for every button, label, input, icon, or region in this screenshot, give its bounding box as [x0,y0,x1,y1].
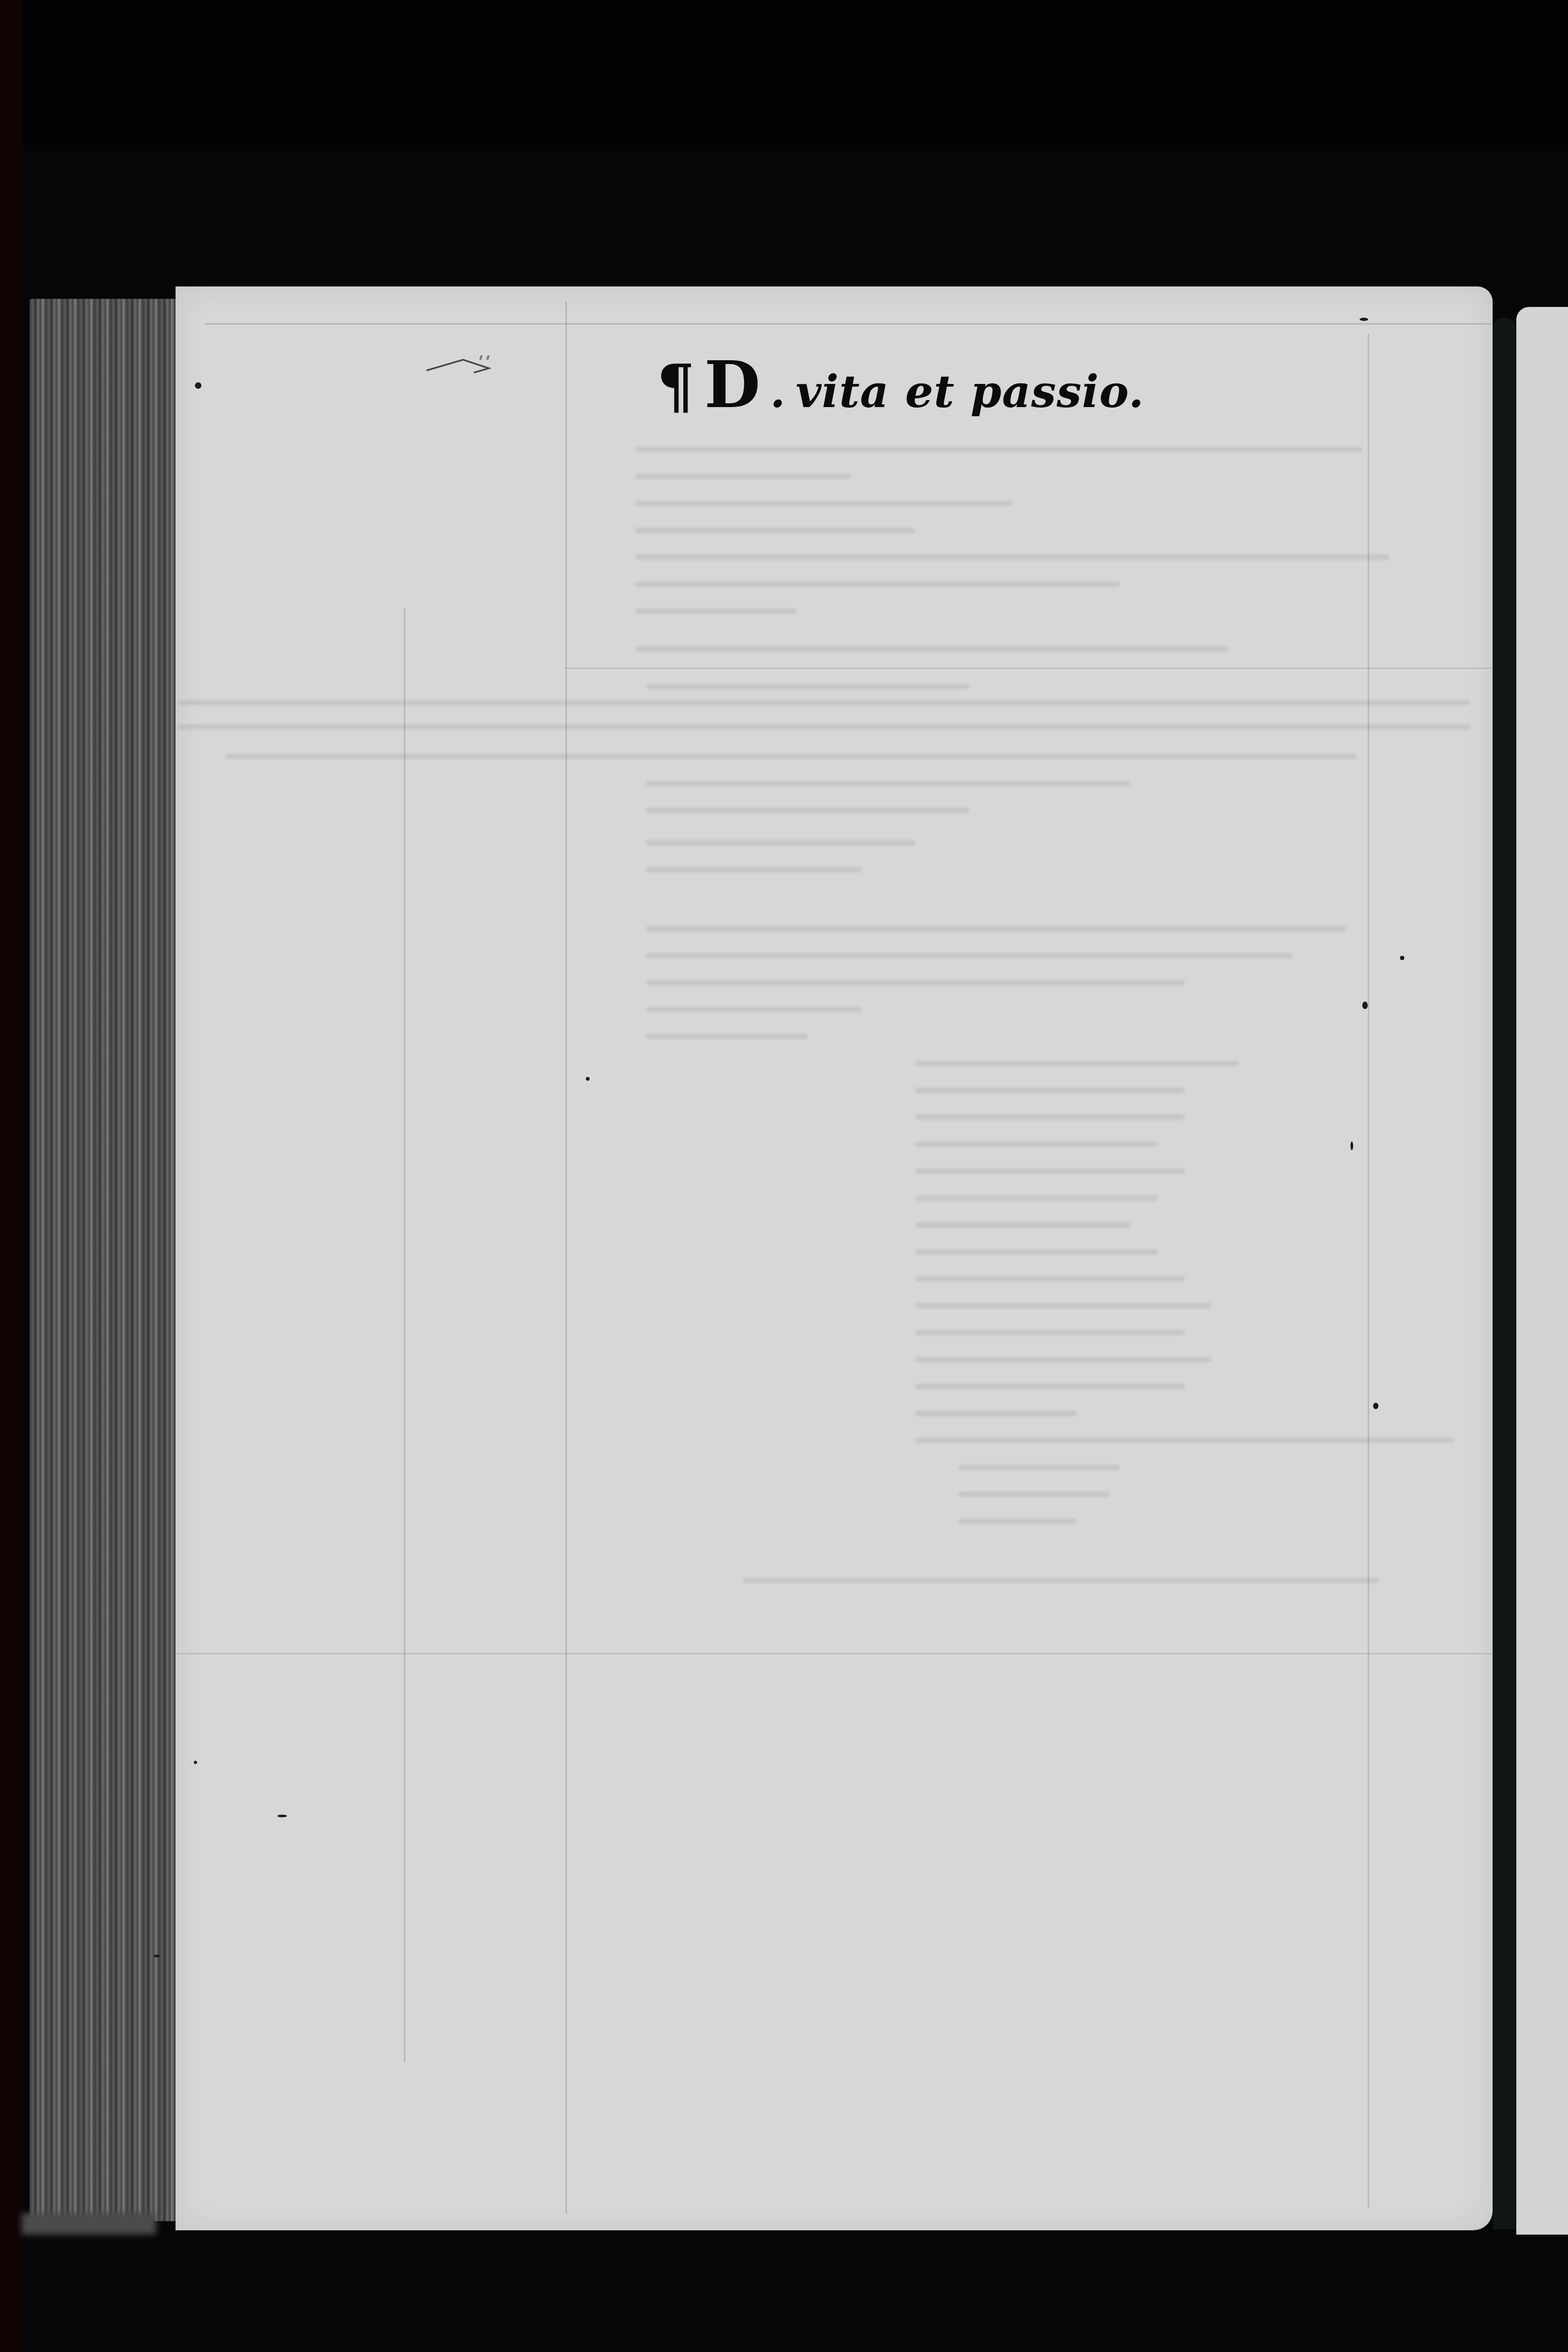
show-through-line [635,608,797,614]
book-gutter [1493,318,1516,2229]
show-through-line [646,926,1346,932]
paragraph-mark: ¶ [657,357,695,416]
ruling-line-left-1 [404,608,405,2062]
show-through-line [915,1438,1454,1443]
show-through-line [915,1061,1238,1066]
show-through-line [958,1492,1109,1497]
show-through-line [915,1357,1212,1362]
show-through-line [915,1168,1185,1174]
left-edge-shadow [0,0,22,2352]
show-through-line [915,1088,1185,1093]
show-through-line [915,1222,1131,1228]
ink-speck [277,1815,287,1817]
ink-speck [1362,1002,1368,1009]
show-through-line [915,1384,1185,1389]
ruling-line-right [1368,334,1369,2208]
show-through-line [646,840,915,845]
ruling-line-mid [172,1653,1492,1654]
running-head: ¶ D . vita et passio. [657,353,1144,417]
show-through-line [915,1411,1077,1416]
running-head-separator: . [770,370,786,414]
ruling-line-mid-2 [565,668,1492,669]
show-through-line [635,528,915,533]
show-through-line [915,1303,1212,1308]
show-through-line [635,501,1012,506]
ink-speck [194,1761,197,1764]
fore-edge-shadow [22,2213,156,2235]
show-through-line [646,1007,862,1012]
show-through-line [915,1142,1158,1147]
show-through-line [226,754,1357,759]
show-through-line [646,808,969,813]
ink-speck [1360,318,1368,321]
ink-speck [195,382,201,389]
show-through-line [635,646,1228,652]
show-through-line [646,781,1131,786]
show-through-line [958,1518,1077,1524]
background-top [0,0,1568,145]
show-through-line [635,555,1389,560]
show-through-line [178,700,1470,705]
book-fore-edge [30,299,176,2221]
show-through-line [958,1465,1120,1470]
running-head-initial: D [704,353,760,417]
ink-speck [153,1955,160,1957]
ink-speck [586,1077,590,1081]
show-through-line [743,1578,1378,1583]
ruling-line-left-2 [565,302,567,2213]
show-through-line [915,1115,1185,1120]
show-through-line [646,1034,808,1039]
show-through-line [635,474,851,479]
show-through-line [915,1195,1158,1201]
show-through-line [915,1276,1185,1282]
show-through-line [646,980,1185,985]
ink-speck [1373,1403,1378,1409]
show-through-line [635,582,1120,587]
book-page-verso [176,286,1493,2230]
show-through-line [178,724,1470,730]
show-through-line [635,447,1362,452]
running-head-title: vita et passio. [796,370,1145,414]
ruling-line-top [205,323,1492,325]
ink-speck [1350,1142,1353,1150]
show-through-line [646,867,862,872]
show-through-line [915,1249,1158,1255]
pen-stroke-icon [425,355,495,377]
show-through-line [646,953,1292,958]
show-through-line [646,684,969,689]
show-through-line [915,1330,1185,1335]
adjacent-page-edge [1516,307,1568,2235]
ink-speck [1400,956,1404,960]
